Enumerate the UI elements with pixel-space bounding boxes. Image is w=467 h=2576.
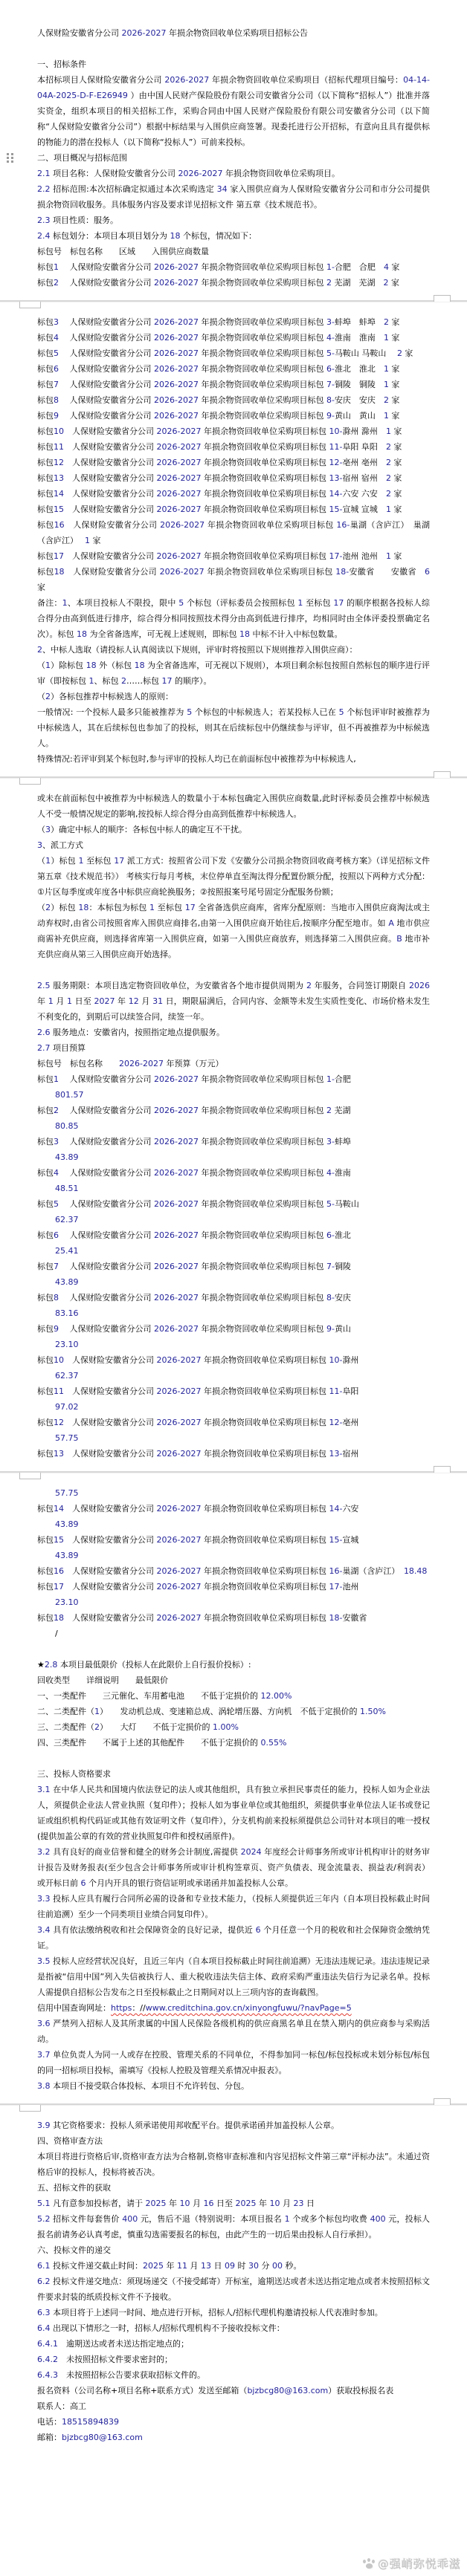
- document-title: 人保财险安徽省分公司 2026-2027 年损余物资回收单位采购项目招标公告: [37, 25, 430, 41]
- budget-row-value: 62.37: [37, 1212, 430, 1227]
- numeric-text: 4: [54, 333, 59, 343]
- budget-row-name: 标包8 人保财险安徽省分公司 2026-2027 年损余物资回收单位采购项目标包…: [37, 1290, 430, 1305]
- numeric-text: 2025: [146, 2199, 167, 2208]
- numeric-text: 1-: [326, 1074, 335, 1084]
- note-2-rule-3: （3）确定中标人的顺序：各标包中标人的确定互不干扰。: [37, 822, 430, 837]
- numeric-text: 18: [135, 661, 145, 670]
- page-break-line: [0, 300, 467, 302]
- numeric-text: 12: [54, 458, 64, 467]
- budget-row-name: 标包17 人保财险安徽省分公司 2026-2027 年损余物资回收单位采购项目标…: [37, 1579, 430, 1594]
- numeric-text: 17: [333, 598, 344, 608]
- package-row: 标包7 人保财险安徽省分公司 2026-2027 年损余物资回收单位采购项目标包…: [37, 377, 430, 392]
- numeric-text: 8-: [326, 395, 335, 405]
- page-break-left-mark: [19, 302, 41, 308]
- numeric-text: 3.7: [37, 2050, 51, 2060]
- numeric-text: 2026-2027: [157, 505, 202, 514]
- numeric-text: 3.2: [37, 1847, 51, 1857]
- clause-3-4: 3.4 具有依法缴纳税收和社会保障资金的良好记录，提供近 6 个月任意一个月的税…: [37, 1922, 430, 1953]
- numeric-text: 16-: [336, 520, 350, 530]
- numeric-text: 7-: [326, 380, 335, 389]
- clause-2-3: 2.3 项目性质：服务。: [37, 212, 430, 228]
- heading-section-5: 五、招标文件的获取: [37, 2180, 430, 2196]
- numeric-text: 4-: [326, 333, 335, 343]
- numeric-text: 18: [170, 231, 181, 241]
- note-2-special-case-part1: 特殊情况:若评审到某个标包时,参与评审的投标人均已在前面标包中被推荐为中标候选人…: [37, 751, 430, 767]
- price-floor-table-header: 回收类型 详细说明 最低限价: [37, 1673, 430, 1688]
- numeric-text: 2026-2027: [160, 567, 204, 577]
- numeric-text: 83.16: [55, 1308, 79, 1318]
- numeric-text: 10-: [329, 426, 342, 436]
- numeric-text: 2026-2027: [157, 1535, 202, 1545]
- budget-row-name: 标包18 人保财险安徽省分公司 2026-2027 年损余物资回收单位采购项目标…: [37, 1610, 430, 1626]
- drag-handle-icon: [7, 153, 14, 163]
- numeric-text: 2026-2027: [164, 75, 209, 85]
- contact-phone: 电话：18515894839: [37, 2414, 430, 2430]
- numeric-text: bjzbcg80@163.com: [247, 2386, 328, 2395]
- numeric-text: 1: [386, 505, 391, 514]
- clause-3-1: 3.1 在中华人民共和国境内依法登记的法人或其他组织，具有独立承担民事责任的能力…: [37, 1782, 430, 1844]
- heading-section-4: 四、资格审查方法: [37, 2133, 430, 2149]
- page-break-right-mark: [434, 771, 451, 778]
- price-floor-row: 三、二类配件（2） 大灯 不低于定损价的 1.00%: [37, 1719, 430, 1735]
- numeric-text: 2026-2027: [154, 380, 199, 389]
- budget-row-value: 80.85: [37, 1118, 430, 1134]
- numeric-text: 1: [45, 856, 51, 866]
- numeric-text: 2026-2027: [154, 317, 199, 327]
- numeric-text: 6.4: [37, 2323, 51, 2333]
- numeric-text: 12-: [329, 458, 342, 467]
- budget-row-name: 标包16 人保财险安徽省分公司 2026-2027 年损余物资回收单位采购项目标…: [37, 1563, 430, 1579]
- package-row: 标包15 人保财险安徽省分公司 2026-2027 年损余物资回收单位采购项目标…: [37, 502, 430, 517]
- numeric-text: 15-: [329, 505, 342, 514]
- numeric-text: 18-: [335, 567, 349, 577]
- credit-china-label: 信用中国查询网址：: [37, 2003, 111, 2013]
- budget-row-name: 标包5 人保财险安徽省分公司 2026-2027 年损余物资回收单位采购项目标包…: [37, 1196, 430, 1212]
- numeric-text: 9: [54, 1324, 59, 1334]
- numeric-text: 43.89: [55, 1277, 79, 1287]
- blank-line: [37, 962, 430, 978]
- numeric-text: 2026-2027: [157, 1613, 202, 1623]
- numeric-text: 1: [54, 262, 59, 272]
- note-3-rule-2: （2）标包 18：本标包为标包 1 至标包 17 全省备选供应商库，省库分配原则…: [37, 900, 430, 962]
- numeric-text: 1: [384, 411, 389, 421]
- clause-6-4-3: 6.4.3 未按照招标公告要求获取招标文件的。: [37, 2367, 430, 2383]
- numeric-text: 2: [384, 317, 389, 327]
- numeric-text: A: [388, 918, 394, 928]
- numeric-text: 7: [54, 1262, 59, 1271]
- clause-2-7: 2.7 项目预算: [37, 1040, 430, 1056]
- numeric-text: 2024: [241, 1847, 262, 1857]
- package-row: 标包6 人保财险安徽省分公司 2026-2027 年损余物资回收单位采购项目标包…: [37, 361, 430, 377]
- clause-3-2: 3.2 具有良好的商业信誉和健全的财务会计制度,需提供 2024 年度经会计师事…: [37, 1844, 430, 1891]
- numeric-text: 3.1: [37, 1785, 51, 1794]
- numeric-text: 97.02: [55, 1402, 79, 1412]
- numeric-text: 17-: [329, 1582, 342, 1592]
- numeric-text: 2: [326, 278, 332, 288]
- numeric-text: 5: [187, 707, 192, 717]
- numeric-text: 6-: [326, 364, 335, 374]
- package-row: 标包11 人保财险安徽省分公司 2026-2027 年损余物资回收单位采购项目标…: [37, 439, 430, 455]
- registration-info: 报名资料（公司名称+项目名称+联系方式）发送至邮箱（bjzbcg80@163.c…: [37, 2383, 430, 2398]
- numeric-text: 1: [297, 598, 303, 608]
- numeric-text: 2026-2027: [157, 1418, 202, 1427]
- numeric-text: 2026-2027: [154, 1199, 199, 1209]
- numeric-text: 57.75: [55, 1433, 79, 1443]
- numeric-text: 6-: [326, 1230, 335, 1240]
- numeric-text: 18-: [329, 1613, 342, 1623]
- numeric-text: 2026-2027: [157, 1566, 202, 1576]
- numeric-text: 4: [384, 262, 389, 272]
- numeric-text: 2026-2027: [157, 473, 202, 483]
- budget-row-value: 83.16: [37, 1305, 430, 1321]
- numeric-text: 2026-2027: [157, 1449, 202, 1459]
- numeric-text: 6: [54, 1230, 59, 1240]
- package-row: 标包13 人保财险安徽省分公司 2026-2027 年损余物资回收单位采购项目标…: [37, 470, 430, 486]
- numeric-text: 10: [54, 426, 64, 436]
- numeric-text: 6: [256, 1925, 261, 1935]
- numeric-text: 2026-2027: [122, 28, 167, 38]
- package-row: 标包1 人保财险安徽省分公司 2026-2027 年损余物资回收单位采购项目标包…: [37, 259, 430, 275]
- budget-row-name: 标包7 人保财险安徽省分公司 2026-2027 年损余物资回收单位采购项目标包…: [37, 1259, 430, 1274]
- price-floor-row: 四、三类配件 不属于上述的其他配件 不低于定损价的 0.55%: [37, 1735, 430, 1751]
- numeric-text: 2.3: [37, 215, 51, 225]
- package-row: 标包10 人保财险安徽省分公司 2026-2027 年损余物资回收单位采购项目标…: [37, 424, 430, 439]
- numeric-text: 2026-2027: [157, 458, 202, 467]
- package-row: 标包9 人保财险安徽省分公司 2026-2027 年损余物资回收单位采购项目标包…: [37, 408, 430, 424]
- numeric-text: 2026-2027: [154, 1074, 199, 1084]
- numeric-text: 23.10: [55, 1597, 79, 1607]
- numeric-text: www.creditchina.gov.cn/xinyongfuwu/?navP…: [146, 2003, 352, 2013]
- numeric-text: 00: [272, 2261, 283, 2271]
- numeric-text: 3-: [326, 1137, 335, 1146]
- numeric-text: 1: [62, 598, 68, 608]
- numeric-text: 2: [383, 278, 388, 288]
- page-break-divider: [0, 1463, 467, 1482]
- numeric-text: 11-: [329, 442, 342, 452]
- numeric-text: 8: [54, 395, 59, 405]
- budget-row-name: 标包12 人保财险安徽省分公司 2026-2027 年损余物资回收单位采购项目标…: [37, 1415, 430, 1430]
- package-row: 标包16 人保财险安徽省分公司 2026-2027 年损余物资回收单位采购项目标…: [37, 517, 430, 548]
- numeric-text: 6.1: [37, 2261, 51, 2271]
- numeric-text: 6: [425, 567, 430, 577]
- numeric-text: 3: [45, 825, 51, 834]
- budget-row-name: 标包4 人保财险安徽省分公司 2026-2027 年损余物资回收单位采购项目标包…: [37, 1165, 430, 1181]
- numeric-text: 12: [129, 996, 139, 1006]
- clause-3-6: 3.6 严禁列入招标人及其所隶属的中国人民保险各级机构的供应商黑名单且在禁入期内…: [37, 2016, 430, 2047]
- numeric-text: 9-: [326, 411, 335, 421]
- budget-row-name: 标包15 人保财险安徽省分公司 2026-2027 年损余物资回收单位采购项目标…: [37, 1532, 430, 1548]
- numeric-text: 2026-2027: [157, 1504, 202, 1514]
- numeric-text: 1: [384, 364, 389, 374]
- page-break-line: [0, 776, 467, 779]
- numeric-text: 6.3: [37, 2308, 51, 2317]
- numeric-text: 3: [37, 840, 42, 850]
- numeric-text: 17: [54, 551, 64, 561]
- numeric-text: 400: [370, 2214, 386, 2224]
- clause-6-3: 6.3 本项目将于上述同一时间、地点进行开标，招标人/招标代理机构邀请投标人代表…: [37, 2305, 430, 2320]
- numeric-text: 5-: [326, 348, 335, 358]
- numeric-text: 31: [152, 996, 163, 1006]
- numeric-text: 13: [54, 473, 64, 483]
- numeric-text: 1: [386, 551, 391, 561]
- budget-row-name: 标包11 人保财险安徽省分公司 2026-2027 年损余物资回收单位采购项目标…: [37, 1383, 430, 1399]
- numeric-text: 2026-2027: [154, 411, 199, 421]
- numeric-text: 43.89: [55, 1519, 79, 1529]
- numeric-text: 801.57: [55, 1090, 84, 1100]
- budget-row-name: 标包3 人保财险安徽省分公司 2026-2027 年损余物资回收单位采购项目标包…: [37, 1134, 430, 1149]
- clause-3-7: 3.7 单位负责人为同一人或存在控股、管理关系的不同单位，不得参加同一标包/标包…: [37, 2047, 430, 2078]
- clause-6-4-1: 6.4.1 逾期送达或者未送达指定地点的；: [37, 2336, 430, 2352]
- numeric-text: 1-: [326, 262, 335, 272]
- numeric-text: 1: [94, 1707, 100, 1716]
- numeric-text: 2: [386, 442, 391, 452]
- numeric-text: 2.6: [37, 1028, 51, 1037]
- watermark-text: @强峭弥悦乖滋: [378, 2556, 461, 2572]
- numeric-text: 2026-2027: [157, 426, 202, 436]
- section-4-paragraph: 本项目将进行资格后审,资格审查方法为合格制,资格审查标准和内容见招标文件第三章“…: [37, 2149, 430, 2180]
- numeric-text: 2026-2027: [154, 348, 199, 358]
- numeric-text: 17: [185, 903, 196, 912]
- numeric-text: 2027: [94, 996, 115, 1006]
- numeric-text: 3.6: [37, 2019, 51, 2028]
- page-break-divider: [0, 768, 467, 788]
- page-break-left-mark: [19, 2105, 41, 2112]
- numeric-text: 15-: [329, 1535, 342, 1545]
- numeric-text: 9: [54, 411, 59, 421]
- numeric-text: 17: [54, 1582, 64, 1592]
- numeric-text: 5: [54, 1199, 59, 1209]
- budget-row-value: 43.89: [37, 1516, 430, 1532]
- numeric-text: 2: [386, 473, 391, 483]
- budget-table-header: 标包号 标包名称 2026-2027 年预算（万元）: [37, 1056, 430, 1071]
- clause-3-3: 3.3 投标人应具有履行合同所必需的设备和专业技术能力，（投标人须提供近三年内（…: [37, 1891, 430, 1922]
- package-row: 标包8 人保财险安徽省分公司 2026-2027 年损余物资回收单位采购项目标包…: [37, 392, 430, 408]
- numeric-text: 2: [45, 692, 51, 701]
- numeric-text: 2026-2027: [154, 1168, 199, 1178]
- numeric-text: 14: [54, 1504, 64, 1514]
- numeric-text: 5-: [326, 1199, 335, 1209]
- budget-row-value: 23.10: [37, 1337, 430, 1352]
- budget-row-name: 标包14 人保财险安徽省分公司 2026-2027 年损余物资回收单位采购项目标…: [37, 1501, 430, 1516]
- heading-section-6: 六、投标文件的递交: [37, 2242, 430, 2258]
- note-2-general-case: 一般情况: 一个投标人最多只能被推荐为 5 个标包的中标候选人；若某投标人已在 …: [37, 704, 430, 751]
- note-2-special-case-part2: 或未在前面标包中被推荐为中标候选人的数量小于本标包确定入围供应商数量,此时评标委…: [37, 791, 430, 822]
- numeric-text: 1: [48, 996, 54, 1006]
- numeric-text: 1: [384, 380, 389, 389]
- numeric-text: 14: [54, 489, 64, 499]
- numeric-text: 11: [177, 2261, 187, 2271]
- numeric-text: 16: [54, 520, 65, 530]
- page-break-divider: [0, 2095, 467, 2115]
- numeric-text: 80.85: [55, 1121, 79, 1131]
- numeric-text: 2: [386, 489, 391, 499]
- numeric-text: 2: [397, 348, 402, 358]
- budget-row-value: 43.89: [37, 1274, 430, 1290]
- numeric-text: 17-: [329, 551, 342, 561]
- package-row: 标包12 人保财险安徽省分公司 2026-2027 年损余物资回收单位采购项目标…: [37, 455, 430, 470]
- numeric-text: 6: [54, 364, 59, 374]
- package-row: 标包2 人保财险安徽省分公司 2026-2027 年损余物资回收单位采购项目标包…: [37, 275, 430, 291]
- numeric-text: 2025: [236, 2199, 257, 2208]
- numeric-text: 13-: [329, 473, 342, 483]
- numeric-text: bjzbcg80@163.com: [62, 2433, 143, 2442]
- numeric-text: 1: [386, 426, 391, 436]
- numeric-text: 2026-2027: [160, 520, 204, 530]
- price-floor-row: 二、二类配件（1） 发动机总成、变速箱总成、涡轮增压器、方向机 不低于定损价的 …: [37, 1704, 430, 1719]
- numeric-text: 16-: [329, 1566, 342, 1576]
- clause-2-5: 2.5 服务期限：本项目选定物资回收单位，为安徽省各个地市提供周期为 2 年服务…: [37, 978, 430, 1025]
- heading-section-1: 一、招标条件: [37, 56, 430, 72]
- numeric-text: 2026-2027: [154, 333, 199, 343]
- package-row: 标包17 人保财险安徽省分公司 2026-2027 年损余物资回收单位采购项目标…: [37, 548, 430, 564]
- numeric-text: 2.8: [45, 1660, 58, 1670]
- numeric-text: 2026: [409, 981, 430, 990]
- numeric-text: 10-: [329, 1355, 342, 1365]
- package-table-header: 标包号 标包名称 区域 入围供应商数量: [37, 244, 430, 259]
- numeric-text: 7: [54, 380, 59, 389]
- numeric-text: 5: [54, 348, 59, 358]
- numeric-text: 09: [225, 2261, 235, 2271]
- numeric-text: 2026-2027: [157, 489, 202, 499]
- package-note-1: 备注：1、本项目投标人不限投，限中 5 个标包（评标委员会按照标包 1 至标包 …: [37, 595, 430, 642]
- blank-line: [37, 1751, 430, 1766]
- numeric-text: 25.41: [55, 1246, 79, 1256]
- numeric-text: 1: [67, 996, 72, 1006]
- numeric-text: 16: [204, 2199, 214, 2208]
- numeric-text: 6.2: [37, 2277, 51, 2286]
- clause-3-8: 3.8 本项目不接受联合体投标、本项目不允许转包、分包。: [37, 2078, 430, 2094]
- package-note-2: 2、中标人选取（请投标人认真阅读以下规则，评审时将按照以下规则推荐入围供应商）：: [37, 642, 430, 658]
- budget-row-name: 标包2 人保财险安徽省分公司 2026-2027 年损余物资回收单位采购项目标包…: [37, 1103, 430, 1118]
- numeric-text: 2.1: [37, 169, 51, 178]
- numeric-text: 2026-2027: [154, 1262, 199, 1271]
- numeric-text: 0.55%: [261, 1738, 287, 1748]
- page-break-line: [0, 2103, 467, 2106]
- numeric-text: 2026-2027: [154, 1137, 199, 1146]
- budget-row-name: 标包10 人保财险安徽省分公司 2026-2027 年损余物资回收单位采购项目标…: [37, 1352, 430, 1368]
- clause-6-2: 6.2 投标文件递交地点：须现场递交（不接受邮寄）开标室，逾期送达或者未送达指定…: [37, 2274, 430, 2305]
- note-3-rule-1: （1）标包 1 至标包 17 派工方式：按照省公司下发《安徽分公司损余物资回收商…: [37, 853, 430, 900]
- clause-3-9: 3.9 其它资格要求：投标人须承诺使用邦收配平台。提供承诺函并加盖投标人公章。: [37, 2118, 430, 2133]
- numeric-text: 12: [54, 1418, 64, 1427]
- numeric-text: 18.48: [404, 1566, 428, 1576]
- numeric-text: 2026-2027: [154, 1230, 199, 1240]
- numeric-text: 2: [54, 278, 59, 288]
- page-break-left-mark: [19, 1473, 41, 1479]
- clause-6-4-2: 6.4.2 未按照招标文件要求密封的；: [37, 2352, 430, 2367]
- clause-6-1: 6.1 投标文件递交截止时间：2025 年 11 月 13 日 09 时 30 …: [37, 2258, 430, 2274]
- numeric-text: 2: [326, 1106, 332, 1115]
- page-break-right-mark: [434, 1466, 451, 1473]
- budget-row-name: 标包6 人保财险安徽省分公司 2026-2027 年损余物资回收单位采购项目标包…: [37, 1227, 430, 1243]
- budget-row-name: 标包9 人保财险安徽省分公司 2026-2027 年损余物资回收单位采购项目标包…: [37, 1321, 430, 1337]
- numeric-text: https: [111, 2003, 132, 2013]
- clause-5-2: 5.2 招标文件每套售价 400 元，售后不退（特别说明：本项目报名 1 个或多…: [37, 2211, 430, 2242]
- numeric-text: 2.2: [37, 184, 51, 194]
- numeric-text: 5: [339, 707, 344, 717]
- numeric-text: 18: [86, 661, 97, 670]
- numeric-text: 62.37: [55, 1215, 79, 1224]
- numeric-text: 5: [178, 598, 184, 608]
- credit-china-line: 信用中国查询网址：https：//www.creditchina.gov.cn/…: [37, 2000, 430, 2016]
- numeric-text: 9-: [326, 1324, 335, 1334]
- numeric-text: 2026-2027: [157, 1582, 202, 1592]
- numeric-text: 400: [122, 2214, 138, 2224]
- numeric-text: 1: [149, 903, 155, 912]
- numeric-text: 2025: [143, 2261, 164, 2271]
- numeric-text: 18: [54, 567, 65, 577]
- numeric-text: 1.50%: [360, 1707, 386, 1716]
- numeric-text: 2: [45, 903, 51, 912]
- numeric-text: 5.2: [37, 2214, 51, 2224]
- page-break-right-mark: [434, 2098, 451, 2105]
- numeric-text: 23: [294, 2199, 304, 2208]
- numeric-text: 6.4.2: [37, 2355, 58, 2364]
- budget-row-value: 43.89: [37, 1149, 430, 1165]
- numeric-text: 17: [162, 676, 173, 686]
- numeric-text: 3: [54, 317, 59, 327]
- numeric-text: 34: [217, 184, 228, 194]
- page-break-divider: [0, 292, 467, 311]
- numeric-text: 4-: [326, 1168, 335, 1178]
- numeric-text: 1: [78, 856, 83, 866]
- numeric-text: 3.4: [37, 1925, 51, 1935]
- numeric-text: 14-: [329, 1504, 342, 1514]
- numeric-text: 13: [54, 1449, 64, 1459]
- numeric-text: 11: [54, 442, 64, 452]
- numeric-text: 3.5: [37, 1956, 51, 1966]
- numeric-text: 04-14-04A-2025-D-F-E26949: [37, 75, 430, 100]
- numeric-text: 2026-2027: [154, 1293, 199, 1302]
- budget-row-name: 标包13 人保财险安徽省分公司 2026-2027 年损余物资回收单位采购项目标…: [37, 1446, 430, 1461]
- numeric-text: 2: [54, 1106, 59, 1115]
- numeric-text: 17: [114, 856, 124, 866]
- numeric-text: 1: [384, 333, 389, 343]
- numeric-text: 2026-2027: [157, 442, 202, 452]
- numeric-text: 2026-2027: [154, 364, 199, 374]
- credit-china-url[interactable]: https：//www.creditchina.gov.cn/xinyongfu…: [111, 2003, 352, 2013]
- numeric-text: 2.7: [37, 1043, 51, 1053]
- numeric-text: 48.51: [55, 1184, 79, 1193]
- blank-line: [37, 1641, 430, 1657]
- numeric-text: 1: [85, 536, 90, 545]
- numeric-text: 1: [285, 2214, 290, 2224]
- numeric-text: 3: [54, 1137, 59, 1146]
- numeric-text: 3.9: [37, 2121, 51, 2130]
- budget-row-value: 57.75: [37, 1485, 430, 1501]
- numeric-text: 10: [54, 1355, 64, 1365]
- numeric-text: 2026-2027: [154, 1324, 199, 1334]
- numeric-text: 18: [77, 629, 87, 639]
- numeric-text: 15: [54, 505, 64, 514]
- price-floor-row: 一、一类配件 三元催化、车用蓄电池 不低于定损价的 12.00%: [37, 1688, 430, 1704]
- numeric-text: 7-: [326, 1262, 335, 1271]
- numeric-text: 3.8: [37, 2081, 51, 2091]
- budget-row-value: 43.89: [37, 1548, 430, 1563]
- numeric-text: 6.4.3: [37, 2370, 58, 2380]
- clause-2-4: 2.4 标包划分：本项目本项目划分为 18 个标包，情况如下：: [37, 228, 430, 244]
- budget-row-value: 801.57: [37, 1087, 430, 1103]
- package-row: 标包14 人保财险安徽省分公司 2026-2027 年损余物资回收单位采购项目标…: [37, 486, 430, 502]
- blank-line: [37, 41, 430, 56]
- numeric-text: 43.89: [55, 1551, 79, 1560]
- numeric-text: 43.89: [55, 1152, 79, 1162]
- section-1-paragraph: 本招标项目人保财险安徽省分公司 2026-2027 年损余物资回收单位采购项目（…: [37, 72, 430, 150]
- clause-2-2: 2.2 招标范围:本次招标确定拟通过本次采购选定 34 家入围供应商为人保财险安…: [37, 181, 430, 212]
- numeric-text: 5.1: [37, 2199, 51, 2208]
- paw-icon: [363, 2558, 376, 2569]
- note-2-rule-1: （1）除标包 18 外（标包 18 为全省备选库，可无视以下规则），本项目剩余标…: [37, 658, 430, 689]
